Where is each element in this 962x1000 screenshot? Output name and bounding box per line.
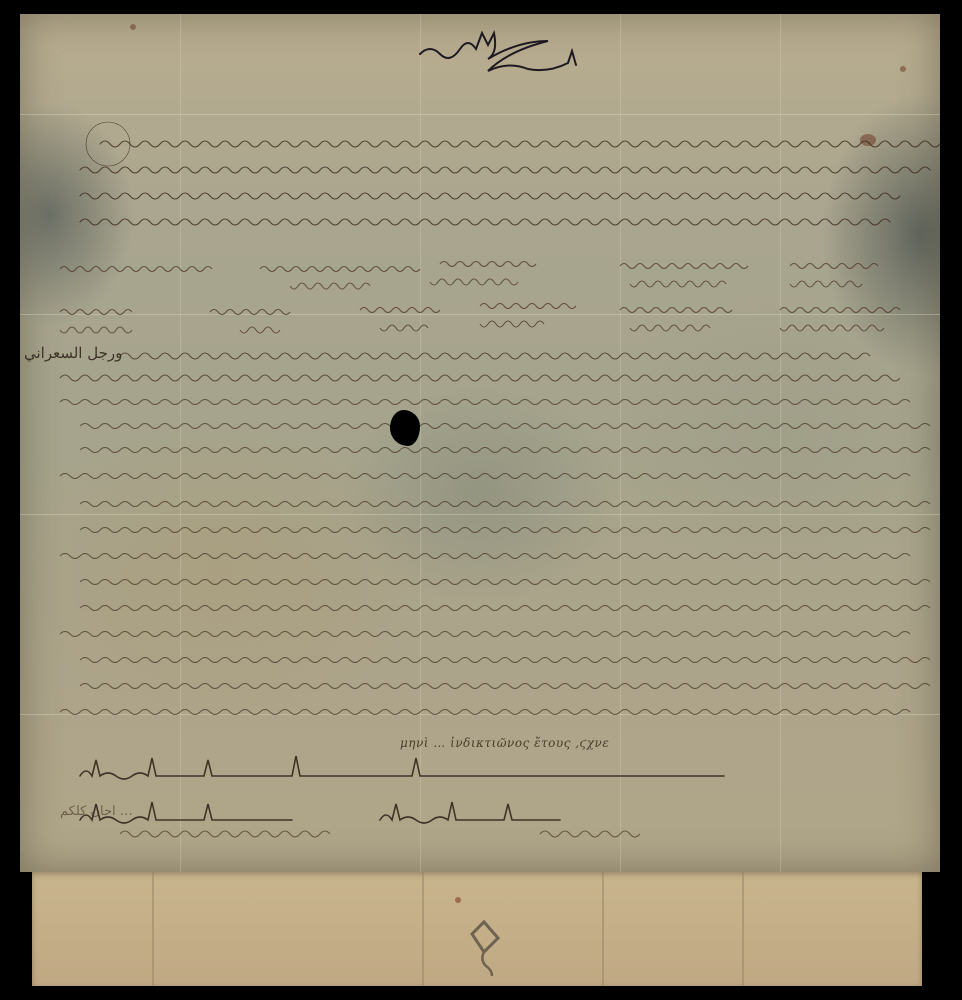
arabic-closing-line: … احان كلكم bbox=[60, 804, 133, 819]
damage-hole bbox=[390, 410, 420, 446]
seal-cord-mark-icon bbox=[32, 872, 922, 986]
arabic-closing-lines bbox=[20, 14, 940, 872]
plica-fold bbox=[32, 872, 922, 986]
parchment-sheet: ورجل السعراني μηνὶ … ἰνδικτιῶνος ἔτους ,… bbox=[20, 14, 940, 872]
